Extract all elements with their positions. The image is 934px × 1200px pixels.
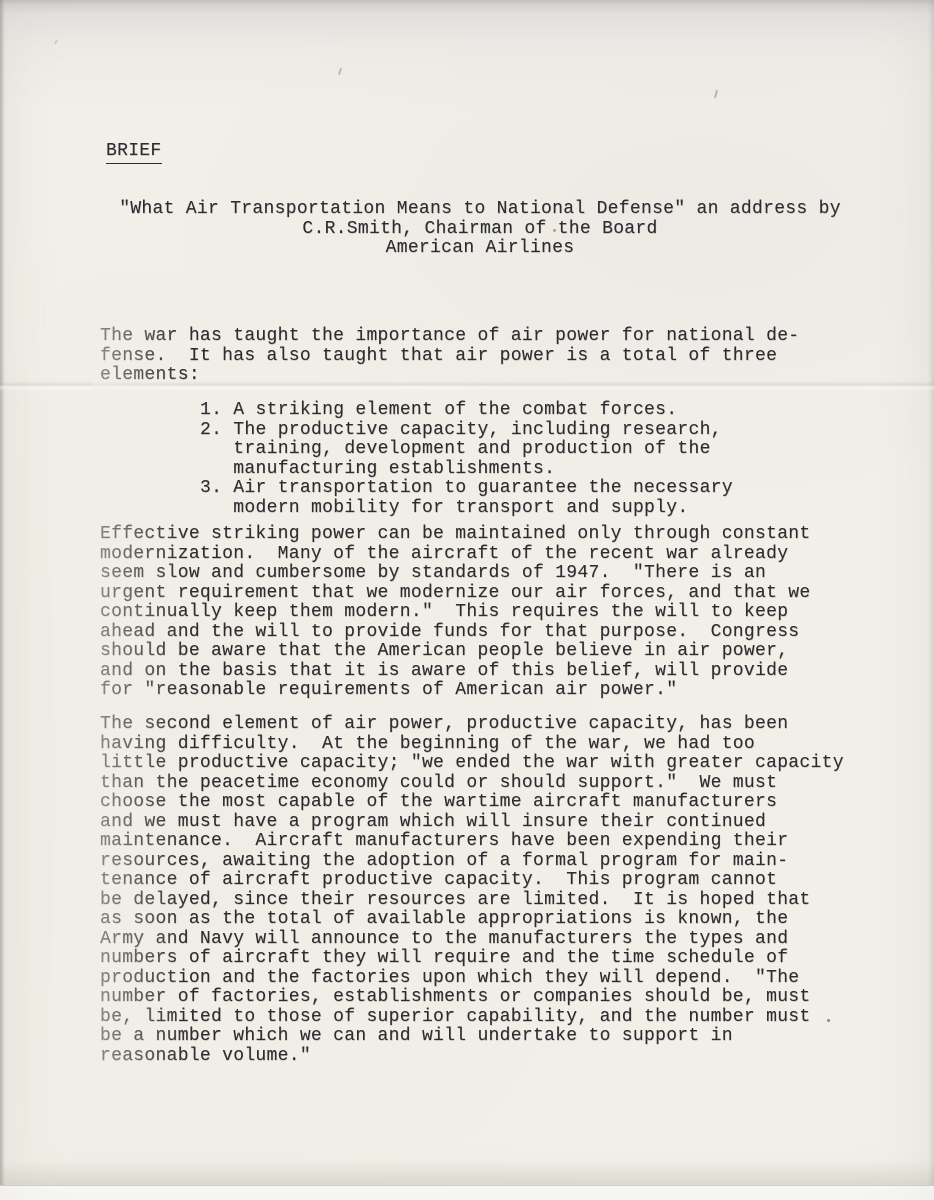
list-item-text: A striking element of the combat forces. — [233, 401, 677, 421]
intro-paragraph: The war has taught the importance of air… — [100, 327, 890, 386]
striking-power-paragraph: Effective striking power can be maintain… — [100, 525, 890, 701]
scanned-document-page: BRIEF "What Air Transportation Means to … — [0, 0, 934, 1200]
scan-left-edge-shadow — [0, 0, 5, 1200]
list-item-text: Air transportation to guarantee the nece… — [233, 479, 733, 518]
list-item-number: 2. — [200, 421, 233, 480]
list-item: 1. A striking element of the combat forc… — [200, 401, 880, 421]
list-item-number: 3. — [200, 479, 233, 518]
list-item-number: 1. — [200, 401, 233, 421]
document-title: "What Air Transportation Means to Nation… — [100, 200, 860, 259]
scan-bottom-shadow — [0, 1160, 934, 1186]
list-item: 3. Air transportation to guarantee the n… — [200, 479, 880, 518]
productive-capacity-paragraph: The second element of air power, product… — [100, 715, 890, 1066]
elements-list: 1. A striking element of the combat forc… — [200, 401, 880, 518]
page-heading: BRIEF — [106, 142, 162, 164]
scan-top-shadow — [0, 0, 934, 110]
list-item-text: The productive capacity, including resea… — [233, 421, 721, 480]
scan-right-edge-shadow — [928, 0, 934, 1200]
list-item: 2. The productive capacity, including re… — [200, 421, 880, 480]
scan-bottom-edge — [0, 1185, 934, 1200]
